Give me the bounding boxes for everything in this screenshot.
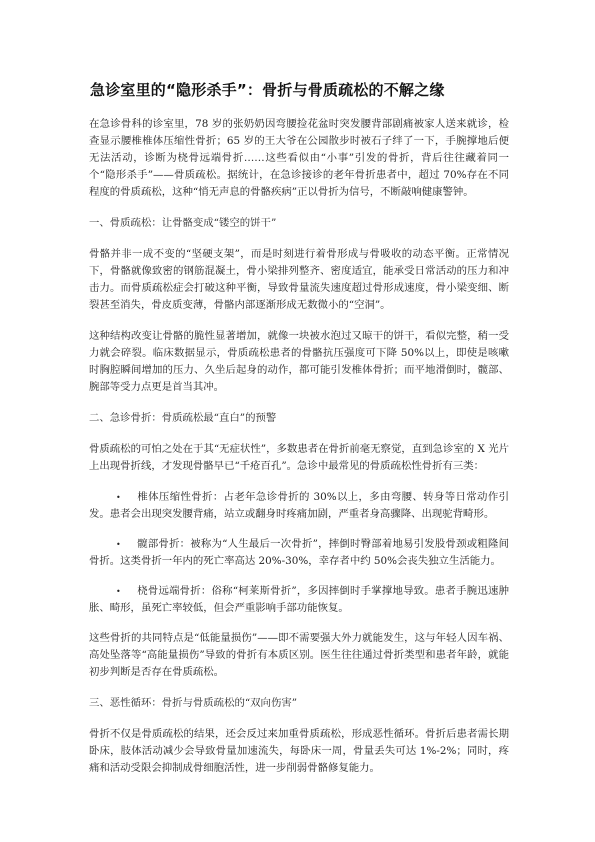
bullet-text: 髋部骨折：被称为“人生最后一次骨折”，摔倒时臀部着地易引发股骨颈或粗隆间骨折。这… [89, 538, 509, 567]
section-1-paragraph-2: 这种结构改变让骨骼的脆性显著增加，就像一块被水泡过又晾干的饼干，看似完整，稍一受… [89, 328, 509, 396]
document-page: 急诊室里的“隐形杀手”：骨折与骨质疏松的不解之缘 在急诊骨科的诊室里，78 岁的… [0, 0, 595, 842]
document-body: 在急诊骨科的诊室里，78 岁的张奶奶因弯腰捡花盆时突发腰背部剧痛被家人送来就诊，… [89, 116, 509, 791]
bullet-text: 椎体压缩性骨折：占老年急诊骨折的 30%以上，多由弯腰、转身等日常动作引发。患者… [89, 491, 509, 520]
bullet-icon: • [116, 536, 137, 553]
bullet-item-vertebral-fracture: •椎体压缩性骨折：占老年急诊骨折的 30%以上，多由弯腰、转身等日常动作引发。患… [89, 489, 509, 523]
bullet-icon: • [116, 583, 137, 600]
section-3-paragraph-1: 骨折不仅是骨质疏松的结果，还会反过来加重骨质疏松，形成恶性循环。骨折后患者需长期… [89, 726, 509, 777]
section-2-paragraph-1: 骨质疏松的可怕之处在于其“无症状性”，多数患者在骨折前毫无察觉，直到急诊室的 X… [89, 441, 509, 475]
bullet-item-radius-fracture: •桡骨远端骨折：俗称“柯莱斯骨折”，多因摔倒时手掌撑地导致。患者手腕迅速肿胀、畸… [89, 583, 509, 617]
bullet-icon: • [116, 489, 137, 506]
section-heading-1: 一、骨质疏松：让骨骼变成“镂空的饼干” [89, 215, 509, 232]
intro-paragraph: 在急诊骨科的诊室里，78 岁的张奶奶因弯腰捡花盆时突发腰背部剧痛被家人送来就诊，… [89, 116, 509, 201]
bullet-item-hip-fracture: •髋部骨折：被称为“人生最后一次骨折”，摔倒时臀部着地易引发股骨颈或粗隆间骨折。… [89, 536, 509, 570]
bullet-text: 桡骨远端骨折：俗称“柯莱斯骨折”，多因摔倒时手掌撑地导致。患者手腕迅速肿胀、畸形… [89, 585, 509, 614]
document-title: 急诊室里的“隐形杀手”：骨折与骨质疏松的不解之缘 [90, 80, 530, 100]
section-heading-2: 二、急诊骨折：骨质疏松最“直白”的预警 [89, 410, 509, 427]
section-heading-3: 三、恶性循环：骨折与骨质疏松的“双向伤害” [89, 695, 509, 712]
section-1-paragraph-1: 骨骼并非一成不变的“坚硬支架”，而是时刻进行着骨形成与骨吸收的动态平衡。正常情况… [89, 246, 509, 314]
section-2-closing-paragraph: 这些骨折的共同特点是“低能量损伤”——即不需要强大外力就能发生，这与年轻人因车祸… [89, 630, 509, 681]
